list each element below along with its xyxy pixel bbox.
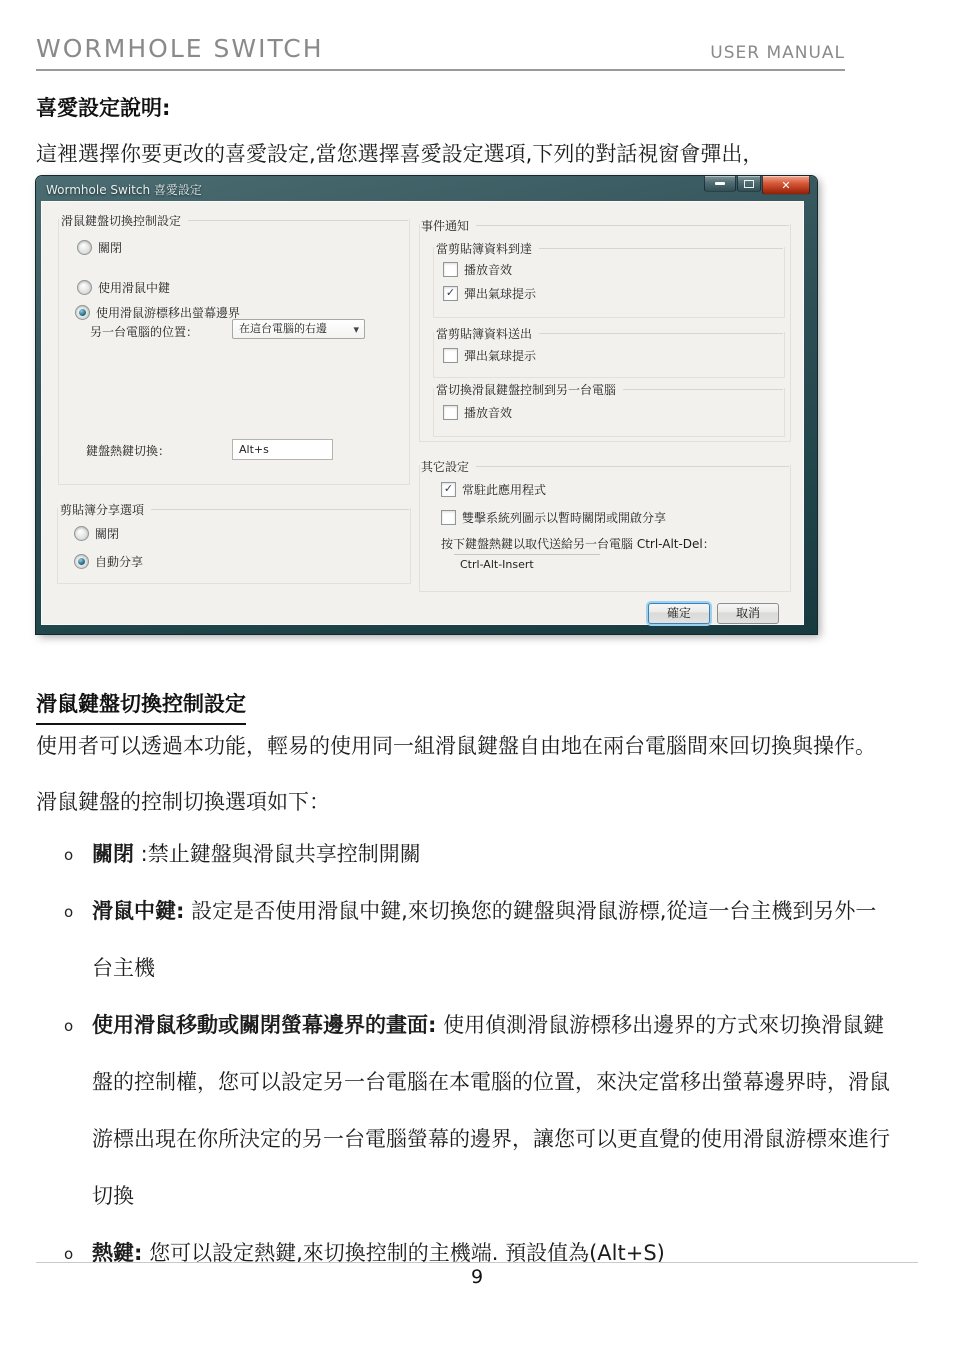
double-click-label: 雙擊系統列圖示以暫時關閉或開啟分享 xyxy=(462,509,666,526)
hotkey-label: 鍵盤熱鍵切換： xyxy=(86,442,170,459)
radio-middle-label: 使用滑鼠中鍵 xyxy=(98,279,170,296)
bullet-icon: o xyxy=(64,884,73,941)
checkbox-arrive-balloon[interactable]: ✓ xyxy=(443,286,458,301)
radio-auto-share-label: 自動分享 xyxy=(95,553,143,570)
minimize-button[interactable] xyxy=(704,176,736,192)
list-item: o關閉 :禁止鍵盤與滑鼠共享控制開關 xyxy=(36,826,892,883)
checkbox-send-balloon[interactable] xyxy=(443,348,458,363)
ok-button[interactable]: 確定 xyxy=(648,603,710,624)
events-group-caption: 事件通知 xyxy=(421,217,469,234)
radio-edge-label: 使用滑鼠游標移出螢幕邊界 xyxy=(96,304,240,321)
clipboard-group-caption: 剪貼簿分享選項 xyxy=(60,501,144,518)
divider xyxy=(539,333,783,334)
options-list: o關閉 :禁止鍵盤與滑鼠共享控制開關 o滑鼠中鍵: 設定是否使用滑鼠中鍵,來切換… xyxy=(36,826,892,1282)
bullet-term: 關閉 xyxy=(92,842,134,866)
bullet-desc: 設定是否使用滑鼠中鍵,來切換您的鍵盤與滑鼠游標,從這一台主機到另外一台主機 xyxy=(92,899,876,980)
close-button[interactable]: ✕ xyxy=(762,176,810,195)
radio-row-middle: 使用滑鼠中鍵 xyxy=(77,279,170,296)
bullet-icon: o xyxy=(64,827,73,884)
arrive-group-box xyxy=(433,247,785,318)
intro-heading: 喜愛設定說明: xyxy=(36,92,170,122)
other-group-caption: 其它設定 xyxy=(421,458,469,475)
radio-auto-share[interactable] xyxy=(74,554,89,569)
hotkey-input[interactable]: Alt+s xyxy=(232,439,333,460)
mouse-group-caption-row: 滑鼠鍵盤切換控制設定 xyxy=(61,212,408,229)
checkbox-double-click[interactable] xyxy=(441,510,456,525)
checkbox-resident[interactable]: ✓ xyxy=(441,482,456,497)
radio-row-clipboard-off: 關閉 xyxy=(74,525,119,542)
divider xyxy=(539,248,783,249)
events-group-caption-row: 事件通知 xyxy=(421,217,789,234)
resident-row: ✓ 常駐此應用程式 xyxy=(441,481,546,498)
position-label: 另一台電腦的位置： xyxy=(90,323,198,340)
radio-row-auto-share: 自動分享 xyxy=(74,553,143,570)
radio-off-label: 關閉 xyxy=(98,239,122,256)
mouse-group-caption: 滑鼠鍵盤切換控制設定 xyxy=(61,212,181,229)
dialog-title: Wormhole Switch 喜愛設定 xyxy=(46,181,202,198)
chevron-down-icon: ▾ xyxy=(353,321,359,339)
send-balloon-label: 彈出氣球提示 xyxy=(464,347,536,364)
other-group-caption-row: 其它設定 xyxy=(421,458,789,475)
arrive-caption-row: 當剪貼簿資料到達 xyxy=(436,240,783,257)
bullet-desc: 使用偵測滑鼠游標移出邊界的方式來切換滑鼠鍵盤的控制權，您可以設定另一台電腦在本電… xyxy=(92,1013,890,1208)
app-title: WORMHOLE SWITCH xyxy=(36,34,324,63)
manual-page: WORMHOLE SWITCH USER MANUAL 喜愛設定說明: 這裡選擇… xyxy=(0,0,954,1351)
divider xyxy=(188,220,408,221)
resident-label: 常駐此應用程式 xyxy=(462,481,546,498)
divider xyxy=(623,389,783,390)
bullet-term: 使用滑鼠移動或關閉螢幕邊界的畫面: xyxy=(92,1013,436,1037)
arrive-balloon-row: ✓ 彈出氣球提示 xyxy=(443,285,536,302)
footer-divider xyxy=(36,1262,918,1263)
radio-middle-button[interactable] xyxy=(77,280,92,295)
radio-screen-edge[interactable] xyxy=(75,305,90,320)
list-item: o使用滑鼠移動或關閉螢幕邊界的畫面: 使用偵測滑鼠游標移出邊界的方式來切換滑鼠鍵… xyxy=(36,997,892,1225)
arrive-balloon-label: 彈出氣球提示 xyxy=(464,285,536,302)
clipboard-group-box xyxy=(57,508,411,584)
clipboard-group-caption-row: 剪貼簿分享選項 xyxy=(60,501,409,518)
double-click-row: 雙擊系統列圖示以暫時關閉或開啟分享 xyxy=(441,509,666,526)
close-icon: ✕ xyxy=(781,179,790,192)
position-dropdown-value: 在這台電腦的右邊 xyxy=(239,322,327,335)
ctrl-alt-field[interactable]: Ctrl-Alt-Insert xyxy=(454,554,600,571)
bullet-term: 滑鼠中鍵: xyxy=(92,899,184,923)
send-caption-row: 當剪貼簿資料送出 xyxy=(436,325,783,342)
radio-row-off: 關閉 xyxy=(77,239,122,256)
radio-off[interactable] xyxy=(77,240,92,255)
switch-caption: 當切換滑鼠鍵盤控制到另一台電腦 xyxy=(436,381,616,398)
window-controls: ✕ xyxy=(704,176,810,195)
radio-clipboard-off-label: 關閉 xyxy=(95,525,119,542)
maximize-button[interactable] xyxy=(737,176,761,192)
intro-paragraph: 這裡選擇你要更改的喜愛設定,當您選擇喜愛設定選項,下列的對話視窗會彈出， xyxy=(36,138,763,168)
switch-sound-label: 播放音效 xyxy=(464,404,512,421)
switch-sound-row: 播放音效 xyxy=(443,404,512,421)
page-header: WORMHOLE SWITCH USER MANUAL xyxy=(36,34,845,71)
radio-clipboard-off[interactable] xyxy=(74,526,89,541)
section-paragraph: 使用者可以透過本功能，輕易的使用同一組滑鼠鍵盤自由地在兩台電腦間來回切換與操作。… xyxy=(36,718,882,830)
arrive-sound-row: 播放音效 xyxy=(443,261,512,278)
page-number: 9 xyxy=(0,1266,954,1288)
radio-row-edge: 使用滑鼠游標移出螢幕邊界 xyxy=(75,304,240,321)
divider xyxy=(476,466,789,467)
arrive-sound-label: 播放音效 xyxy=(464,261,512,278)
check-icon: ✓ xyxy=(446,286,455,299)
send-caption: 當剪貼簿資料送出 xyxy=(436,325,532,342)
dialog-client-area: 滑鼠鍵盤切換控制設定 關閉 使用滑鼠中鍵 使用滑鼠游標移出螢幕邊界 另一台電腦的… xyxy=(41,201,804,625)
minimize-icon xyxy=(715,182,725,185)
arrive-caption: 當剪貼簿資料到達 xyxy=(436,240,532,257)
checkbox-arrive-sound[interactable] xyxy=(443,262,458,277)
hotkey-note: 按下鍵盤熱鍵以取代送給另一台電腦 Ctrl-Alt-Del： xyxy=(441,535,715,552)
position-dropdown[interactable]: 在這台電腦的右邊 ▾ xyxy=(232,319,365,339)
divider xyxy=(151,509,409,510)
bullet-desc: :禁止鍵盤與滑鼠共享控制開關 xyxy=(134,842,421,866)
maximize-icon xyxy=(744,180,754,188)
cancel-button[interactable]: 取消 xyxy=(717,603,779,624)
manual-label: USER MANUAL xyxy=(710,43,845,63)
list-item: o滑鼠中鍵: 設定是否使用滑鼠中鍵,來切換您的鍵盤與滑鼠游標,從這一台主機到另外… xyxy=(36,883,892,997)
check-icon: ✓ xyxy=(444,482,453,495)
checkbox-switch-sound[interactable] xyxy=(443,405,458,420)
preferences-dialog: Wormhole Switch 喜愛設定 ✕ 滑鼠鍵盤切換控制設定 關閉 xyxy=(36,176,817,634)
send-balloon-row: 彈出氣球提示 xyxy=(443,347,536,364)
divider xyxy=(476,225,789,226)
bullet-icon: o xyxy=(64,998,73,1055)
switch-caption-row: 當切換滑鼠鍵盤控制到另一台電腦 xyxy=(436,381,783,398)
